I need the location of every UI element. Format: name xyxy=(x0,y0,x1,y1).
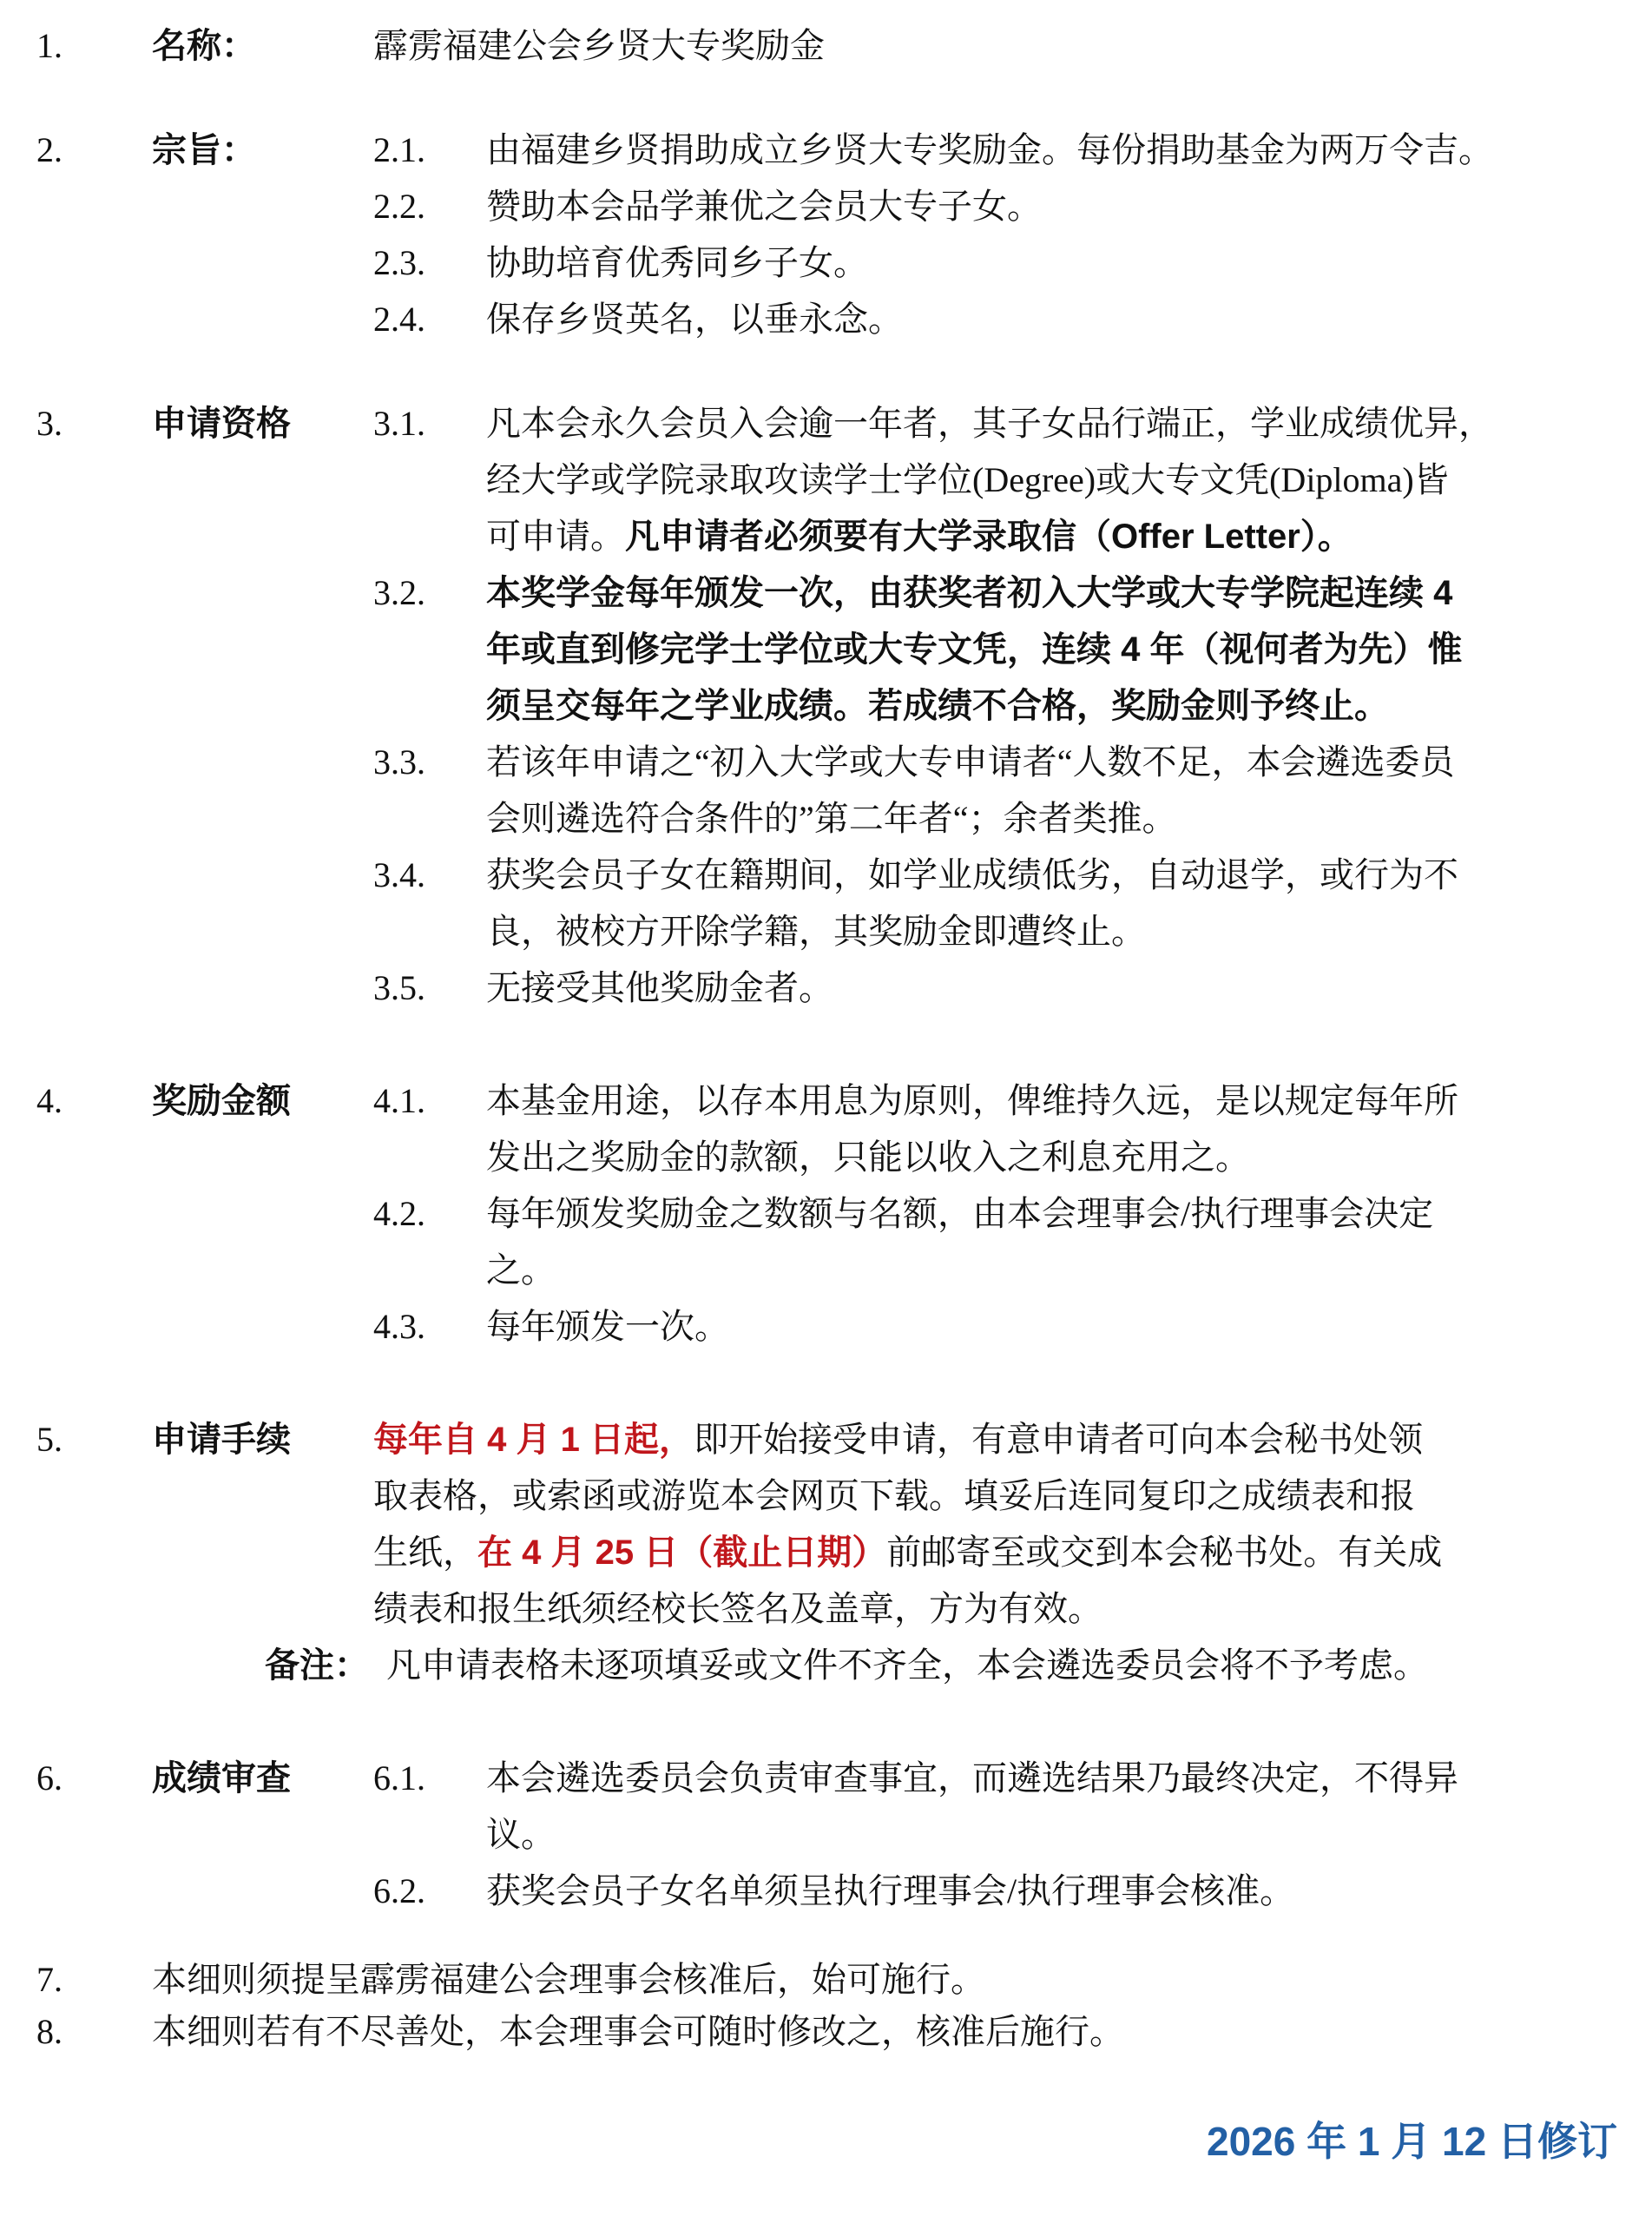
item-text: 每年颁发一次。 xyxy=(486,1305,729,1349)
section-number: 8. xyxy=(36,2010,63,2054)
item-text: 可申请。 xyxy=(486,517,625,556)
section-text: 本细则若有不尽善处，本会理事会可随时修改之，核准后施行。 xyxy=(152,2010,1124,2054)
item-text: 议。 xyxy=(486,1813,556,1857)
item-text: 本会遴选委员会负责审查事宜，而遴选结果乃最终决定，不得异 xyxy=(486,1757,1458,1800)
item-number: 4.1. xyxy=(373,1079,425,1123)
procedure-text: 生纸， xyxy=(373,1533,477,1572)
item-text: 经大学或学院录取攻读学士学位(Degree)或大专文凭(Diploma)皆 xyxy=(486,458,1449,502)
item-text: 无接受其他奖励金者。 xyxy=(486,966,833,1010)
section-number: 4. xyxy=(36,1079,63,1123)
note-label: 备注： xyxy=(265,1644,369,1687)
item-text: 良，被校方开除学籍，其奖励金即遭终止。 xyxy=(486,910,1146,953)
item-text: 获奖会员子女在籍期间，如学业成绩低劣，自动退学，或行为不 xyxy=(486,854,1458,897)
item-text: 保存乡贤英名，以垂永念。 xyxy=(486,298,903,341)
deadline-highlight: 在 4 月 25 日（截止日期） xyxy=(477,1534,886,1572)
section-number: 2. xyxy=(36,129,63,172)
item-number: 3.5. xyxy=(373,966,425,1010)
item-text: 每年颁发奖励金之数额与名额，由本会理事会/执行理事会决定 xyxy=(486,1192,1433,1236)
item-number: 4.3. xyxy=(373,1305,425,1349)
item-number: 3.4. xyxy=(373,854,425,897)
offer-letter-requirement: 凡申请者必须要有大学录取信（Offer Letter）。 xyxy=(625,518,1353,556)
procedure-line: 取表格，或索函或游览本会网页下载。填妥后连同复印之成绩表和报 xyxy=(373,1474,1415,1518)
section-heading: 申请资格 xyxy=(152,402,291,445)
section-number: 5. xyxy=(36,1418,63,1461)
item-text: 由福建乡贤捐助成立乡贤大专奖励金。每份捐助基金为两万令吉。 xyxy=(486,129,1493,172)
section-heading: 成绩审查 xyxy=(152,1757,291,1800)
section-text: 本细则须提呈霹雳福建公会理事会核准后，始可施行。 xyxy=(152,1958,985,2002)
item-number: 6.2. xyxy=(373,1870,425,1913)
section-heading: 宗旨： xyxy=(152,129,256,172)
item-number: 6.1. xyxy=(373,1757,425,1800)
item-number: 2.2. xyxy=(373,185,425,228)
section-number: 7. xyxy=(36,1958,63,2002)
procedure-text: 即开始接受申请，有意申请者可向本会秘书处领 xyxy=(694,1420,1423,1459)
section-number: 1. xyxy=(36,24,63,68)
item-text-bold: 须呈交每年之学业成绩。若成绩不合格，奖励金则予终止。 xyxy=(486,684,1389,728)
item-text-bold: 本奖学金每年颁发一次，由获奖者初入大学或大专学院起连续 4 xyxy=(486,571,1452,615)
item-number: 2.4. xyxy=(373,298,425,341)
item-number: 3.2. xyxy=(373,571,425,615)
note-text: 凡申请表格未逐项填妥或文件不齐全，本会遴选委员会将不予考虑。 xyxy=(386,1644,1428,1687)
section-number: 3. xyxy=(36,402,63,445)
item-text: 本基金用途，以存本用息为原则，俾维持久远，是以规定每年所 xyxy=(486,1079,1458,1123)
item-text-bold: 年或直到修完学士学位或大专文凭，连续 4 年（视何者为先）惟 xyxy=(486,628,1462,671)
item-text: 获奖会员子女名单须呈执行理事会/执行理事会核准。 xyxy=(486,1870,1294,1913)
procedure-line: 绩表和报生纸须经校长签名及盖章，方为有效。 xyxy=(373,1587,1102,1631)
item-number: 4.2. xyxy=(373,1192,425,1236)
item-text: 之。 xyxy=(486,1249,556,1292)
item-text: 若该年申请之“初入大学或大专申请者“人数不足，本会遴选委员 xyxy=(486,741,1455,784)
section-heading: 申请手续 xyxy=(152,1418,291,1461)
item-text-mixed: 可申请。凡申请者必须要有大学录取信（Offer Letter）。 xyxy=(486,515,1353,558)
item-text: 会则遴选符合条件的”第二年者“；余者类推。 xyxy=(486,797,1177,841)
start-date-highlight: 每年自 4 月 1 日起， xyxy=(373,1421,694,1459)
item-text: 凡本会永久会员入会逾一年者，其子女品行端正，学业成绩优异， xyxy=(486,402,1493,445)
procedure-line: 每年自 4 月 1 日起，即开始接受申请，有意申请者可向本会秘书处领 xyxy=(373,1418,1423,1461)
section-number: 6. xyxy=(36,1757,63,1800)
item-number: 2.3. xyxy=(373,241,425,285)
item-text: 发出之奖励金的款额，只能以收入之利息充用之。 xyxy=(486,1136,1250,1179)
section-heading: 奖励金额 xyxy=(152,1079,291,1123)
item-number: 3.3. xyxy=(373,741,425,784)
item-text: 协助培育优秀同乡子女。 xyxy=(486,241,868,285)
procedure-text: 前邮寄至或交到本会秘书处。有关成 xyxy=(886,1533,1442,1572)
section-heading: 名称： xyxy=(152,24,256,68)
item-number: 2.1. xyxy=(373,129,425,172)
item-text: 赞助本会品学兼优之会员大专子女。 xyxy=(486,185,1042,228)
section-text: 霹雳福建公会乡贤大专奖励金 xyxy=(373,24,825,68)
revision-date: 2026 年 1 月 12 日修订 xyxy=(1207,2117,1617,2166)
procedure-line: 生纸，在 4 月 25 日（截止日期）前邮寄至或交到本会秘书处。有关成 xyxy=(373,1531,1442,1574)
item-number: 3.1. xyxy=(373,402,425,445)
